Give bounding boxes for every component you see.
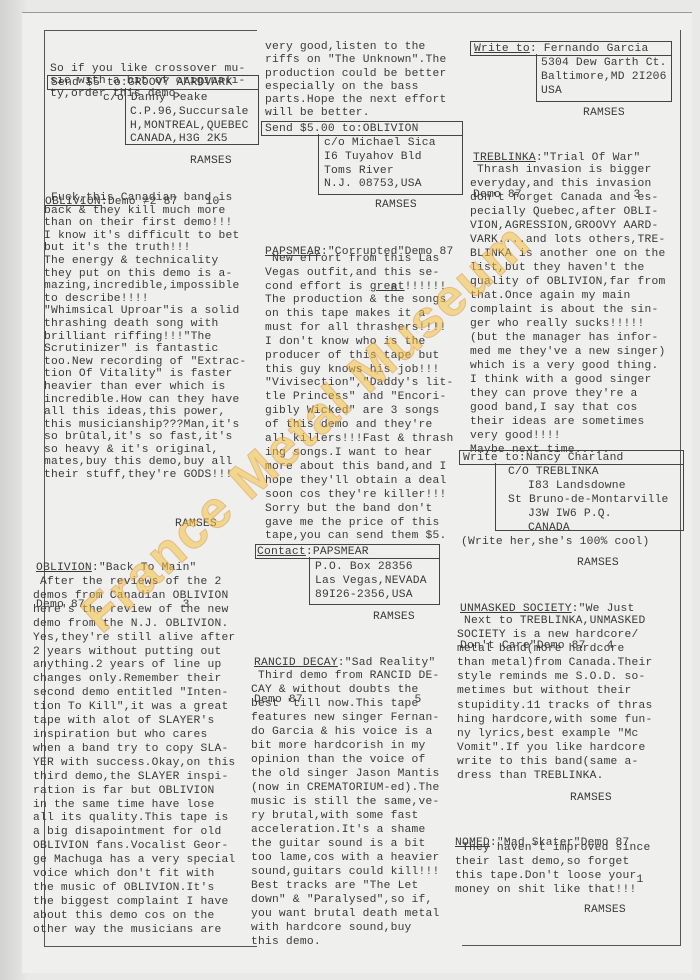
- text-line: Best tracks are "The Let: [251, 879, 439, 893]
- text-line: changes only.Remember their: [33, 673, 235, 687]
- text-line: sound,guitars could kill!!!: [251, 865, 439, 879]
- text-line: than on their first demo!!!: [44, 217, 246, 230]
- text-line: anything.2 years of line up: [33, 659, 235, 673]
- text-line: acceleration.It's a shame: [251, 823, 439, 837]
- address-block: C.P.96,SuccursaleH,MONTREAL,QUEBECCANADA…: [130, 106, 249, 147]
- address-line: GROOVY AARDVARK: [128, 77, 233, 89]
- text-line: they can prove they're a: [470, 387, 665, 401]
- review-body: Next to TREBLINKA,UNMASKEDSOCIETY is a n…: [457, 614, 652, 783]
- text-line: ration is far but OBLIVION: [33, 785, 235, 799]
- text-line: a big disapointment for old: [33, 826, 235, 840]
- text-line: Vomit".If you like hardcore: [457, 741, 652, 755]
- address-block: 5304 Dew Garth Ct.Baltimore,MD 2I206USA: [541, 57, 667, 98]
- text-line: inspiration but who cares: [33, 729, 235, 743]
- text-line: thrashing death song with: [44, 318, 246, 331]
- text-line: Sorry but the band don't: [265, 503, 453, 517]
- text-line: down" & "Paralysed",so if,: [251, 893, 439, 907]
- note: (Write her,she's 100% cool): [461, 536, 649, 548]
- text-line: Fuck,this Canadian band is: [44, 192, 246, 205]
- text-line: brilliant riffing!!!"The: [44, 331, 246, 344]
- text-line: all this ideas,this power,: [44, 406, 246, 419]
- text-line: the biggest complaint I have: [33, 896, 235, 910]
- text-line: this demo.: [251, 935, 439, 949]
- text-line: when a band try to copy SLA-: [33, 743, 235, 757]
- text-line: ry brutal,with some fast: [251, 809, 439, 823]
- text-line: "Whimsical Uproar"is a solid: [44, 305, 246, 318]
- text-line: their last demo,so forget: [455, 855, 650, 869]
- review-body: Thrash invasion is biggereveryday,and th…: [470, 163, 665, 457]
- text-line: tion Of Vitality" is faster: [44, 368, 246, 381]
- text-line: Thrash invasion is bigger: [470, 163, 665, 177]
- address-line: N.J. 08753,USA: [324, 178, 436, 192]
- address-line: c/o Danny Peake: [103, 92, 208, 104]
- address-line: CANADA,H3G 2K5: [130, 133, 249, 147]
- send-label: Send $5.00 to:: [265, 123, 363, 135]
- text-line: very good,listen to the: [265, 41, 446, 54]
- text-line: than metal)from Canada.Their: [457, 656, 652, 670]
- address-line: : Fernando Garcia: [530, 43, 649, 55]
- band-name: OBLIVION: [36, 562, 92, 574]
- text-line: the old singer Jason Mantis: [251, 767, 439, 781]
- text-line: good band,I say that cos: [470, 401, 665, 415]
- text-line: too.New recording of "Extrac-: [44, 356, 246, 369]
- text-line: production could be better: [265, 68, 446, 81]
- review-title: :"We Just: [572, 603, 635, 615]
- text-line: the music of OBLIVION.It's: [33, 882, 235, 896]
- text-line: everyday,and this invasion: [470, 177, 665, 191]
- text-line: the guitar sound is a bit: [251, 837, 439, 851]
- send-label: Send $5 to:: [51, 77, 128, 89]
- review-body: After the reviews of the 2demos from Can…: [33, 576, 235, 938]
- review-continuation: very good,listen to theriffs on "The Unk…: [265, 41, 446, 121]
- address-line: P.O. Box 28356: [315, 560, 427, 574]
- text-line: They haven't improved since: [455, 841, 650, 855]
- signature: RAMSES: [577, 557, 619, 569]
- text-line: but it's the truth!!!: [44, 242, 246, 255]
- address-block: C/O TREBLINKAI83 LandsdowneSt Bruno-de-M…: [508, 466, 669, 536]
- text-line: opinion than the voice of: [251, 753, 439, 767]
- address-line: J3W IW6 P.Q.: [508, 508, 669, 522]
- send-box-text: Send $5 to:GROOVY AARDVARK: [51, 77, 232, 89]
- address-line: USA: [541, 85, 667, 99]
- text-line: (now in CREMATORIUM-ed).The: [251, 781, 439, 795]
- write-to-text: Write to:Nancy Charland: [463, 452, 624, 464]
- address-line: 5304 Dew Garth Ct.: [541, 57, 667, 71]
- text-line: third demo,the SLAYER inspi-: [33, 771, 235, 785]
- text-line: ny lyrics,best example "Mc: [457, 727, 652, 741]
- text-line: I think with a good singer: [470, 373, 665, 387]
- text-line: SOCIETY is a new hardcore/: [457, 628, 652, 642]
- text-line: with hardcore sound,buy: [251, 921, 439, 935]
- write-to-label: Write to: [474, 43, 530, 55]
- write-to-label: Write to:: [463, 452, 526, 464]
- text-line: stupidity.11 tracks of thras: [457, 699, 652, 713]
- text-line: Third demo from RANCID DE-: [251, 669, 439, 683]
- text-line: Scrutinizer" is fantastic: [44, 343, 246, 356]
- address-line: I83 Landsdowne: [508, 480, 669, 494]
- emphasis-great: great: [370, 281, 405, 293]
- contact-text: Contact:PAPSMEAR: [257, 546, 369, 558]
- text-line: gave me the price of this: [265, 517, 453, 531]
- address-line: Baltimore,MD 2I206: [541, 71, 667, 85]
- text-line: to describe!!!!: [44, 293, 246, 306]
- text-line: The energy & technicality: [44, 255, 246, 268]
- text-line: back & they kill much more: [44, 205, 246, 218]
- address-line: Toms River: [324, 165, 436, 179]
- text-line: you want brutal death metal: [251, 907, 439, 921]
- text-line: other way the musicians are: [33, 924, 235, 938]
- review-body: Third demo from RANCID DE-CAY & without …: [251, 669, 439, 949]
- text-line: so brûtal,it's so fast,it's: [44, 431, 246, 444]
- text-line: especially on the bass: [265, 81, 446, 94]
- signature: RAMSES: [375, 199, 417, 211]
- address-line: H,MONTREAL,QUEBEC: [130, 120, 249, 134]
- review-body: They haven't improved sincetheir last de…: [455, 841, 650, 897]
- text-line: features new singer Fernan-: [251, 711, 439, 725]
- text-line: will be better.: [265, 107, 446, 120]
- text-line: tape,you can send them $5.: [265, 530, 453, 544]
- address-block: P.O. Box 28356Las Vegas,NEVADA89I26-2356…: [315, 560, 427, 603]
- text-line: riffs on "The Unknown".The: [265, 54, 446, 67]
- text-line: metimes but without their: [457, 684, 652, 698]
- signature: RAMSES: [570, 792, 612, 804]
- text-line: very good!!!!: [470, 429, 665, 443]
- text-line: mazing,incredible,impossible: [44, 280, 246, 293]
- address-line: Las Vegas,NEVADA: [315, 574, 427, 588]
- text-line: dress than TREBLINKA.: [457, 769, 652, 783]
- text-line: (but the manager has infor-: [470, 331, 665, 345]
- address-line: C/O TREBLINKA: [508, 466, 669, 480]
- text-line: voice which don't fit with: [33, 868, 235, 882]
- text-line: Yes,they're still alive after: [33, 632, 235, 646]
- text-line: ger who really sucks!!!!!: [470, 317, 665, 331]
- text-line: second demo entitled "Inten-: [33, 687, 235, 701]
- address-line: :PAPSMEAR: [306, 546, 369, 558]
- signature: RAMSES: [190, 155, 232, 167]
- text-line: write to this band(same a-: [457, 755, 652, 769]
- contact-label: Contact: [257, 546, 306, 558]
- text-line: all its quality.This tape is: [33, 812, 235, 826]
- address-line: 89I26-2356,USA: [315, 588, 427, 602]
- text-line: parts.Hope the next effort: [265, 94, 446, 107]
- text-line: do Garcia & his voice is a: [251, 725, 439, 739]
- address-line: Nancy Charland: [526, 452, 624, 464]
- text-line: about this demo cos on the: [33, 910, 235, 924]
- text-line: med me they've a new singer): [470, 345, 665, 359]
- text-line: bit more hardcorish in my: [251, 739, 439, 753]
- text-line: tion To Kill",it was a great: [33, 701, 235, 715]
- text-line: ge Machuga has a very special: [33, 854, 235, 868]
- text-line: money on shit like that!!!: [455, 883, 650, 897]
- text-line: Next to TREBLINKA,UNMASKED: [457, 614, 652, 628]
- address-line: OBLIVION: [363, 123, 419, 135]
- signature: RAMSES: [373, 611, 415, 623]
- text-line: heavier than ever which is: [44, 381, 246, 394]
- text-line: CAY & without doubts the: [251, 683, 439, 697]
- text-line: tape with alot of SLAYER's: [33, 715, 235, 729]
- signature: RAMSES: [583, 107, 625, 119]
- text-line: I know it's difficult to bet: [44, 230, 246, 243]
- text-line: soon cos they're killer!!!: [265, 489, 453, 503]
- address-line: c/o Michael Sica: [324, 137, 436, 151]
- band-name: RANCID DECAY: [254, 657, 338, 669]
- text-line: incredible.How can they have: [44, 394, 246, 407]
- review-title: :"Trial Of War": [536, 152, 641, 164]
- text-line: style reminds me S.O.D. so-: [457, 670, 652, 684]
- review-title: :"Sad Reality": [338, 657, 436, 669]
- band-name: TREBLINKA: [473, 152, 536, 164]
- review-heading: RANCID DECAY:"Sad Reality": [254, 657, 435, 669]
- signature: RAMSES: [584, 904, 626, 916]
- address-line: C.P.96,Succursale: [130, 106, 249, 120]
- address-line: CANADA: [508, 522, 669, 536]
- review-body: Fuck,this Canadian band isback & they ki…: [44, 192, 246, 482]
- write-to-text: Write to: Fernando Garcia: [474, 43, 649, 55]
- text-line: complaint is about the sin-: [470, 303, 665, 317]
- text-line: OBLIVION fans.Vocalist Geor-: [33, 840, 235, 854]
- text-line: too lame,cos with a heavier: [251, 851, 439, 865]
- text-line: don't forget Canada and es-: [470, 191, 665, 205]
- text-line: which is a very good thing.: [470, 359, 665, 373]
- text-line: music is still the same,ve-: [251, 795, 439, 809]
- text-line: metal band(more hardcore: [457, 642, 652, 656]
- text-line: 2 years without putting out: [33, 646, 235, 660]
- address-line: St Bruno-de-Montarville: [508, 494, 669, 508]
- text-line: in the same time have lose: [33, 799, 235, 813]
- text-line: this tape.Don't loose your: [455, 869, 650, 883]
- text-line: their ideas are sometimes: [470, 415, 665, 429]
- text-line: YER with success.Okay,on this: [33, 757, 235, 771]
- address-block: c/o Michael SicaI6 Tuyahov BldToms River…: [324, 137, 436, 192]
- text-line: so heavy & it's original,: [44, 444, 246, 457]
- text-line: this musicianship???Man,it's: [44, 419, 246, 432]
- band-name: UNMASKED SOCIETY: [460, 603, 572, 615]
- text-line: So if you like crossover mu-: [50, 63, 245, 75]
- text-line: best 'till now.This tape: [251, 697, 439, 711]
- text-line: hing hardcore,with some fun-: [457, 713, 652, 727]
- send-box-text: Send $5.00 to:OBLIVION: [265, 123, 419, 135]
- address-line: I6 Tuyahov Bld: [324, 151, 436, 165]
- text-line: they put on this demo is a-: [44, 268, 246, 281]
